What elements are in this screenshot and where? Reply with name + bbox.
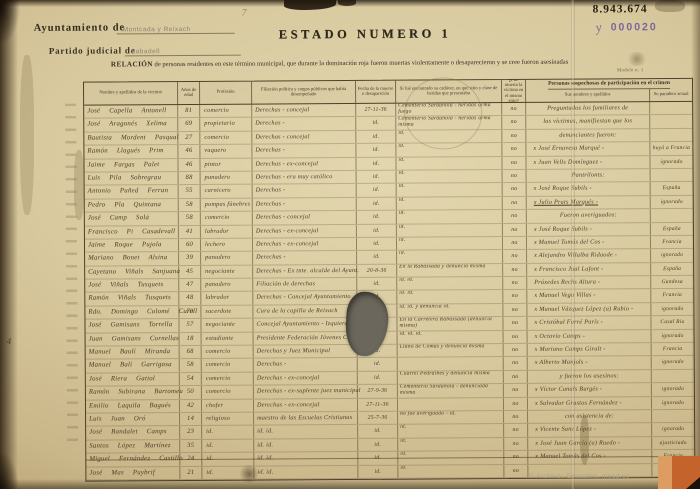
cell-same-place: no (503, 197, 527, 210)
cell-name: Mariano Bonet Alsina (85, 252, 179, 265)
cell-suspect: x José Ernavesa Marqué - (526, 142, 650, 155)
cell-age: 50 (180, 386, 202, 399)
cell-profession: comercio (202, 359, 254, 372)
cell-date: id. (356, 144, 396, 157)
cell-profession: id. (202, 439, 254, 452)
cell-suspect: x Salvador Grustos Fernández - (528, 397, 652, 410)
cell-age: 69 (178, 118, 200, 131)
cell-same-place: no (502, 116, 526, 129)
cell-age: 60 (179, 239, 201, 252)
cell-body-found: id. (397, 250, 503, 263)
cell-same-place: no (503, 250, 527, 263)
cell-body-found: id. (397, 183, 503, 196)
cell-filiation: Derechas - (252, 144, 356, 157)
cell-same-place: no (503, 264, 527, 277)
cell-same-place: no (504, 331, 528, 344)
cell-age: 70 (179, 306, 201, 319)
cell-filiation: Derechas - ex-concejal (254, 399, 358, 412)
cell-filiation: id. id. (254, 466, 358, 479)
col-header-profession: Profesión (200, 82, 252, 104)
cell-age: 88 (179, 172, 201, 185)
cell-filiation: Derechas - ex-concejal (254, 372, 358, 385)
cell-suspect: x Manuel Tomás del Cos - (527, 236, 651, 249)
cell-suspect: las víctimas, manifiestan que los (526, 116, 650, 129)
cell-same-place: no (502, 156, 526, 169)
cell-same-place: no (504, 344, 528, 357)
modelo-label: Modelo n. 1 (617, 68, 644, 73)
cell-suspect: x Julio Prats Marqués - (527, 196, 651, 209)
cell-date: id. (357, 251, 397, 264)
cell-body-found: id. (397, 170, 503, 183)
cell-name: Luis Juan Oró (86, 413, 180, 426)
cell-name: Luis Pila Sobregrau (85, 172, 179, 185)
cell-body-found: id. id. (397, 277, 503, 290)
cell-same-place: no (504, 357, 528, 370)
cell-body-found: id. (396, 130, 502, 143)
cell-whereabouts: España (651, 182, 693, 195)
cell-whereabouts (651, 169, 693, 182)
cell-whereabouts: Gandesa (651, 276, 693, 289)
cell-name: Francisco Pi Casadevall (85, 226, 179, 239)
cell-body-found: id. (397, 237, 503, 250)
cell-suspect: x Octavio Camps - (528, 330, 652, 343)
cell-whereabouts: ajusticiado (652, 437, 694, 450)
cell-date: id. (358, 372, 398, 385)
cell-date: id. (357, 197, 397, 210)
cell-same-place: no (504, 371, 528, 384)
cell-whereabouts: España (651, 263, 693, 276)
cell-suspect: x Mariano Camps Giralt - (528, 343, 652, 356)
cell-profession: comercio (200, 131, 252, 144)
image-corner-gap (686, 477, 700, 489)
cell-filiation: Derechas - Concejal Ayuntamiento (253, 291, 357, 304)
cell-same-place: no (504, 424, 528, 437)
cell-name: José Viñals Tusquets (85, 279, 179, 292)
cell-suspect: Pantrilonts: (527, 169, 651, 182)
cell-whereabouts: ignorado (651, 196, 693, 209)
cell-date: id. (357, 171, 397, 184)
cell-suspect: x Alejandro Villalba Ridaode - (527, 249, 651, 262)
cell-suspect: x Manuel Vega Villas - (527, 290, 651, 303)
cell-body-found: id. (398, 424, 504, 437)
cell-profession: sacerdote (201, 305, 253, 318)
cell-whereabouts: ignorado (651, 303, 693, 316)
relacion-text: de personas residentes en este término m… (154, 59, 568, 69)
cell-filiation: Derechas - ex-concejal (253, 224, 357, 237)
cell-age: 58 (179, 212, 201, 225)
cell-date: id. (357, 211, 397, 224)
cell-age: 14 (180, 413, 202, 426)
ayuntamiento-underline (117, 33, 235, 35)
cell-body-found: id. (398, 465, 504, 478)
cell-profession: negociante (201, 265, 253, 278)
suspects-subheader: Sus nombres y apellidos Su paradero actu… (526, 89, 692, 102)
cell-name: Jaime Roque Pujola (85, 239, 179, 252)
col-header-date: Fecha de la muerte o desaparición (356, 81, 396, 103)
cell-same-place: no (503, 304, 527, 317)
col-header-name: Nombre y apellidos de la víctima (84, 82, 178, 105)
cell-suspect: x José Roque Subils - (527, 223, 651, 236)
cell-age: 35 (180, 440, 202, 453)
cell-suspect: x Manuel Vázquez López (a) Rubio - (527, 303, 651, 316)
cell-whereabouts (650, 102, 692, 115)
cell-name: Antonio Puñed Ferran (85, 185, 179, 198)
cell-date: 20-8-36 (357, 264, 397, 277)
cell-date: id. (357, 278, 397, 291)
cell-date: id. (358, 358, 398, 371)
cell-body-found: Cementerio Sardañola - heridas arma mism… (396, 116, 502, 129)
cell-profession: comercio (200, 105, 252, 118)
cell-name: Ramón Viñals Tusquets (85, 293, 179, 306)
cell-date: 27-9-36 (358, 385, 398, 398)
cell-whereabouts: ignorado (652, 396, 694, 409)
cell-profession: chofer (202, 399, 254, 412)
cell-name: José Gamisans Torrella (85, 319, 179, 332)
cell-profession: id. (202, 466, 254, 479)
cell-age: 39 (179, 252, 201, 265)
col-header-whereabouts: Su paradero actual (650, 89, 692, 101)
cell-profession: propietario (200, 118, 252, 131)
cell-whereabouts: ignorado (652, 356, 694, 369)
cell-age: 47 (179, 279, 201, 292)
cell-date: id. (358, 425, 398, 438)
cell-same-place: no (502, 103, 526, 116)
cell-filiation: Derechas - era muy católico (253, 171, 357, 184)
cell-age: 21 (180, 466, 202, 479)
numbering-stamp: 000020 (611, 21, 658, 33)
cell-age: 68 (180, 346, 202, 359)
archive-watermark: © Archivos Estatales, mecd.es (529, 473, 630, 480)
relacion-intro: RELACIÓN (111, 60, 153, 68)
cell-age: 48 (179, 292, 201, 305)
cell-profession: carnicero (201, 185, 253, 198)
cell-filiation: id. id. (254, 439, 358, 452)
cell-body-found: Cuartel Pedralbes y denuncia misma (398, 371, 504, 384)
cell-date: 25-7-36 (358, 412, 398, 425)
cell-same-place: no (504, 411, 528, 424)
cell-age: 58 (180, 359, 202, 372)
table-body: José Capella Antonell81comercioDerechas … (84, 102, 694, 481)
cell-whereabouts (651, 209, 693, 222)
cell-name: Ramón Llagués Prim (84, 145, 178, 158)
cell-age: 46 (178, 158, 200, 171)
cell-same-place: no (504, 384, 528, 397)
cell-profession: negociante (201, 319, 253, 332)
reference-number: 8.943.674 (593, 3, 648, 15)
cell-age: 46 (178, 145, 200, 158)
cell-filiation: Concejal Ayuntamiento - Izquierda (253, 318, 357, 331)
cell-whereabouts: huyó a Francia (650, 142, 692, 155)
cell-name: Jaime Fargas Palet (84, 159, 178, 172)
cell-age: 57 (179, 319, 201, 332)
cell-body-found: Cementerio Sardañola - heridas arma fueg… (396, 103, 502, 116)
cell-suspect: Práxedes Rechs Altura - (527, 276, 651, 289)
cell-date: id. (358, 465, 398, 478)
cell-age: 54 (180, 373, 202, 386)
cell-name: Manuel Baulí Miranda (86, 346, 180, 359)
partido-label: Partido judicial de (49, 45, 136, 56)
cell-same-place: no (503, 237, 527, 250)
cell-age: 45 (179, 266, 201, 279)
document-content: Ayuntamiento de Montcada y Reixach ESTAD… (0, 0, 700, 489)
cell-body-found: id. (397, 210, 503, 223)
col-header-suspect-names: Sus nombres y apellidos (526, 89, 650, 102)
cell-same-place: no (503, 277, 527, 290)
cell-suspect: x Juan Vells Domínguez - (526, 156, 650, 169)
cell-suspect: x Cristóbal Farré París - (527, 316, 651, 329)
cell-date: id. (356, 157, 396, 170)
cell-suspect: x Francisco Jual Lafont - (527, 263, 651, 276)
cell-body-found: id. id. y denuncia id. (397, 304, 503, 317)
cell-filiation: Filiación de derechas (253, 278, 357, 291)
cell-filiation: Derechas - ex-concejal (253, 238, 357, 251)
cell-profession: labrador (201, 292, 253, 305)
cell-filiation: Derechas - concejal (252, 131, 356, 144)
cell-same-place: no (504, 438, 528, 451)
scanned-paper-sheet: Ayuntamiento de Montcada y Reixach ESTAD… (0, 0, 700, 489)
cell-whereabouts: Francia (652, 343, 694, 356)
cell-filiation: Derechas - ex-concejal (252, 158, 356, 171)
cell-date: id. (357, 238, 397, 251)
cell-filiation: Derechas - (253, 198, 357, 211)
cell-body-found (398, 357, 504, 370)
cell-name: Emilio Laquila Bagués (86, 400, 180, 413)
cell-suspect: con asistencia de: (528, 410, 652, 423)
cell-filiation: Derechas - (253, 251, 357, 264)
cell-filiation: Derechas y Juez Municipal (254, 345, 358, 358)
cell-date: id. (357, 184, 397, 197)
cell-name: José Bandalet Camps (86, 426, 180, 439)
cell-filiation: Derechas - Ex tnte. alcalde del Ayunt. (253, 265, 357, 278)
cell-filiation: id. id. (254, 425, 358, 438)
cell-profession: comercio (202, 386, 254, 399)
col-header-filiation: Filiación política y cargos públicos que… (252, 81, 356, 104)
color-calibration-chip (658, 456, 700, 489)
cell-age: 55 (179, 185, 201, 198)
cell-date: 27-11-36 (358, 398, 398, 411)
cell-body-found: En la Rabassada y denuncia misma (397, 264, 503, 277)
cell-age: 23 (180, 426, 202, 439)
cell-filiation: Presidente Federación Jóvenes Cristianos (254, 332, 358, 345)
cell-name: José Aragonés Xelima (84, 118, 178, 131)
cell-body-found: id. (398, 438, 504, 451)
cell-name: José Capella Antonell (84, 105, 178, 118)
cell-filiation: maestro de las Escuelas Cristianas (254, 412, 358, 425)
cell-same-place: no (504, 464, 528, 477)
cell-age: 27 (178, 132, 200, 145)
cell-filiation: Derechas - (254, 358, 358, 371)
cell-same-place: no (502, 130, 526, 143)
cell-filiation: Derechas - ex-suplente juez municipal (254, 385, 358, 398)
stamp-handwritten-mark: y (594, 19, 603, 36)
cell-profession: comercio (202, 346, 254, 359)
cell-filiation: Derechas - concejal (252, 104, 356, 117)
cell-whereabouts: ignorado (651, 249, 693, 262)
cell-age: 81 (178, 105, 200, 118)
col-header-suspects-group: Personas sospechosas de participación en… (526, 79, 692, 102)
cell-filiation: Derechas - (252, 117, 356, 130)
cell-same-place: no (503, 183, 527, 196)
cell-name: José Mas Puybrif (86, 467, 180, 480)
cell-suspect: y fueron los asesinos: (528, 370, 652, 383)
cell-name: José Riera Gatiol (86, 373, 180, 386)
cell-body-found (398, 398, 504, 411)
cell-body-found: id. (397, 197, 503, 210)
cell-whereabouts (652, 410, 694, 423)
cell-profession: vaquero (200, 145, 252, 158)
top-edge-ink-blot-small (338, 0, 356, 6)
margin-row-numbers (65, 104, 78, 447)
cell-body-found: id. id. id. (398, 331, 504, 344)
cell-body-found: Cementerio Sardañola - denunciada misma (398, 384, 504, 397)
cell-profession: pintor (200, 158, 252, 171)
cell-suspect: x Víctor Canals Burgés - (528, 383, 652, 396)
cell-suspect: x Alberto Manjols - (528, 357, 652, 370)
cell-age: 58 (179, 199, 201, 212)
cell-suspect: x Vicente Sanz López - (528, 424, 652, 437)
cell-same-place: no (503, 317, 527, 330)
cell-whereabouts: Francia (651, 236, 693, 249)
cell-body-found: id. id. (397, 291, 503, 304)
cell-same-place: no (503, 290, 527, 303)
cell-same-place: no (503, 223, 527, 236)
cell-profession: panadero (201, 279, 253, 292)
cell-body-found: id. (396, 157, 502, 170)
cell-same-place: no (503, 170, 527, 183)
cell-name: José Camp Solá (85, 212, 179, 225)
cell-profession: estudiante (202, 332, 254, 345)
cell-profession: panadero (201, 252, 253, 265)
cell-body-found: id. (396, 143, 502, 156)
cell-name: Rdo. Domingo Colomé Curell (85, 306, 179, 319)
cell-name: Cayetano Viñals Sanjuana (85, 266, 179, 279)
cell-suspect: x José Juan García (a) Ruedo - (528, 437, 652, 450)
cell-profession: pompas fúnebres (201, 198, 253, 211)
cell-same-place: no (504, 398, 528, 411)
col-header-same-place: ¿Fué muerta la víctima en el mismo sitio… (502, 80, 526, 102)
cell-suspect: Fueron averiguados: (527, 209, 651, 222)
cell-profession: religioso (202, 413, 254, 426)
cell-filiation: Cura de la capilla de Reixach (253, 305, 357, 318)
cell-age: 41 (179, 225, 201, 238)
cell-body-found: no fué averiguado - id. (398, 411, 504, 424)
cell-suspect: Preguntados los familiares de (526, 102, 650, 115)
cell-body-found: id. (397, 224, 503, 237)
cell-same-place: no (503, 210, 527, 223)
cell-whereabouts: ignorado (652, 330, 694, 343)
cell-age: 18 (180, 333, 202, 346)
cell-whereabouts: ignorado (652, 383, 694, 396)
col-header-body-found: Si fué encontrado su cadáver, en qué sit… (396, 80, 502, 103)
cell-body-found: Llano de Comas y denuncia misma (398, 344, 504, 357)
cell-date: id. (357, 224, 397, 237)
victims-table: Nombre y apellidos de la víctima Años de… (83, 78, 695, 482)
cell-profession: comercio (201, 212, 253, 225)
margin-pencil-mark: 4 (7, 336, 12, 346)
cell-suspect: x José Roque Subils - (527, 183, 651, 196)
cell-name: Bautista Mordent Pasqual (84, 132, 178, 145)
page-title: ESTADO NUMERO 1 (279, 26, 452, 42)
cell-whereabouts: Francia (651, 289, 693, 302)
cell-whereabouts: ignorado (650, 155, 692, 168)
cell-whereabouts: Casal Riu (651, 316, 693, 329)
relacion-line: RELACIÓN de personas residentes en este … (111, 57, 611, 68)
cell-age: 42 (180, 400, 202, 413)
cell-date: id. (356, 117, 396, 130)
cell-profession: lechero (201, 238, 253, 251)
ayuntamiento-label: Ayuntamiento de (34, 22, 126, 34)
cell-whereabouts (650, 129, 692, 142)
cell-profession: comercio (202, 372, 254, 385)
cell-profession: labrador (201, 225, 253, 238)
cell-date: 27-11-36 (356, 104, 396, 117)
cell-whereabouts: España (651, 222, 693, 235)
cell-name: Juan Gamisans Cornellas (86, 333, 180, 346)
cell-whereabouts: ignorado (652, 423, 694, 436)
cell-body-found: En la Carretera Rabassada (denuncia mism… (397, 317, 503, 330)
cell-whereabouts (652, 370, 694, 383)
col-header-age: Años de edad (178, 82, 200, 104)
partido-underline (125, 55, 241, 57)
cell-profession: id. (202, 426, 254, 439)
cell-same-place: no (502, 143, 526, 156)
cell-date: id. (358, 438, 398, 451)
pencil-page-mark: 7 (242, 8, 247, 19)
cell-suspect: denunciantes fueron: (526, 129, 650, 142)
cell-name: Santos López Martínez (86, 440, 180, 453)
cell-name: Pedro Pla Quintana (85, 199, 179, 212)
cell-filiation: Derechas - (253, 184, 357, 197)
cell-filiation: Derechas - concejal (253, 211, 357, 224)
cell-date: id. (356, 130, 396, 143)
cell-profession: panadero (201, 172, 253, 185)
cell-name: Ramón Subirana Bartomeu (86, 386, 180, 399)
cell-name: Manuel Balí Garrigosa (86, 359, 180, 372)
cell-whereabouts (650, 115, 692, 128)
